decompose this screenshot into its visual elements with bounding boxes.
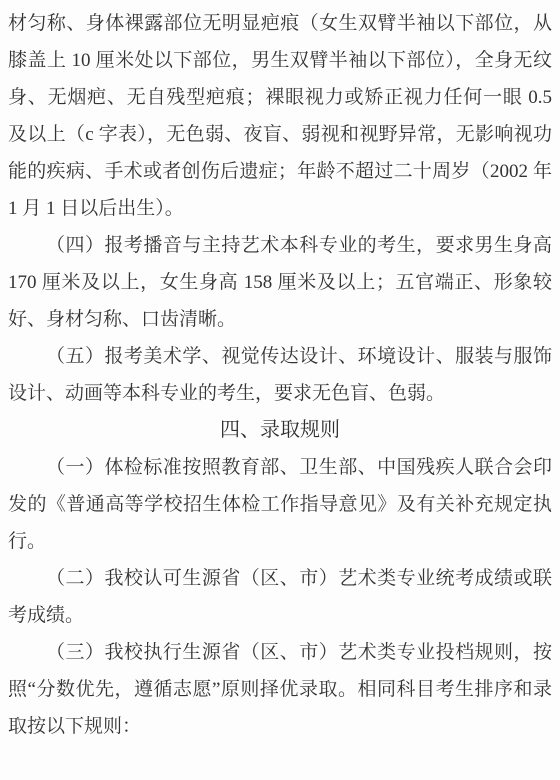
paragraph: （三）我校执行生源省（区、市）艺术类专业投档规则，按照“分数优先，遵循志愿”原则… <box>8 634 552 745</box>
section-heading: 四、录取规则 <box>8 412 552 449</box>
paragraph: （二）我校认可生源省（区、市）艺术类专业统考成绩或联考成绩。 <box>8 560 552 634</box>
paragraph: （四）报考播音与主持艺术本科专业的考生，要求男生身高 170 厘米及以上，女生身… <box>8 227 552 338</box>
document-body: 材匀称、身体裸露部位无明显疤痕（女生双臂半袖以下部位，从膝盖上 10 厘米处以下… <box>8 5 552 745</box>
paragraph: （一）体检标准按照教育部、卫生部、中国残疾人联合会印发的《普通高等学校招生体检工… <box>8 449 552 560</box>
paragraph: 材匀称、身体裸露部位无明显疤痕（女生双臂半袖以下部位，从膝盖上 10 厘米处以下… <box>8 5 552 227</box>
document-page: 材匀称、身体裸露部位无明显疤痕（女生双臂半袖以下部位，从膝盖上 10 厘米处以下… <box>0 0 560 780</box>
paragraph: （五）报考美术学、视觉传达设计、环境设计、服装与服饰设计、动画等本科专业的考生，… <box>8 338 552 412</box>
